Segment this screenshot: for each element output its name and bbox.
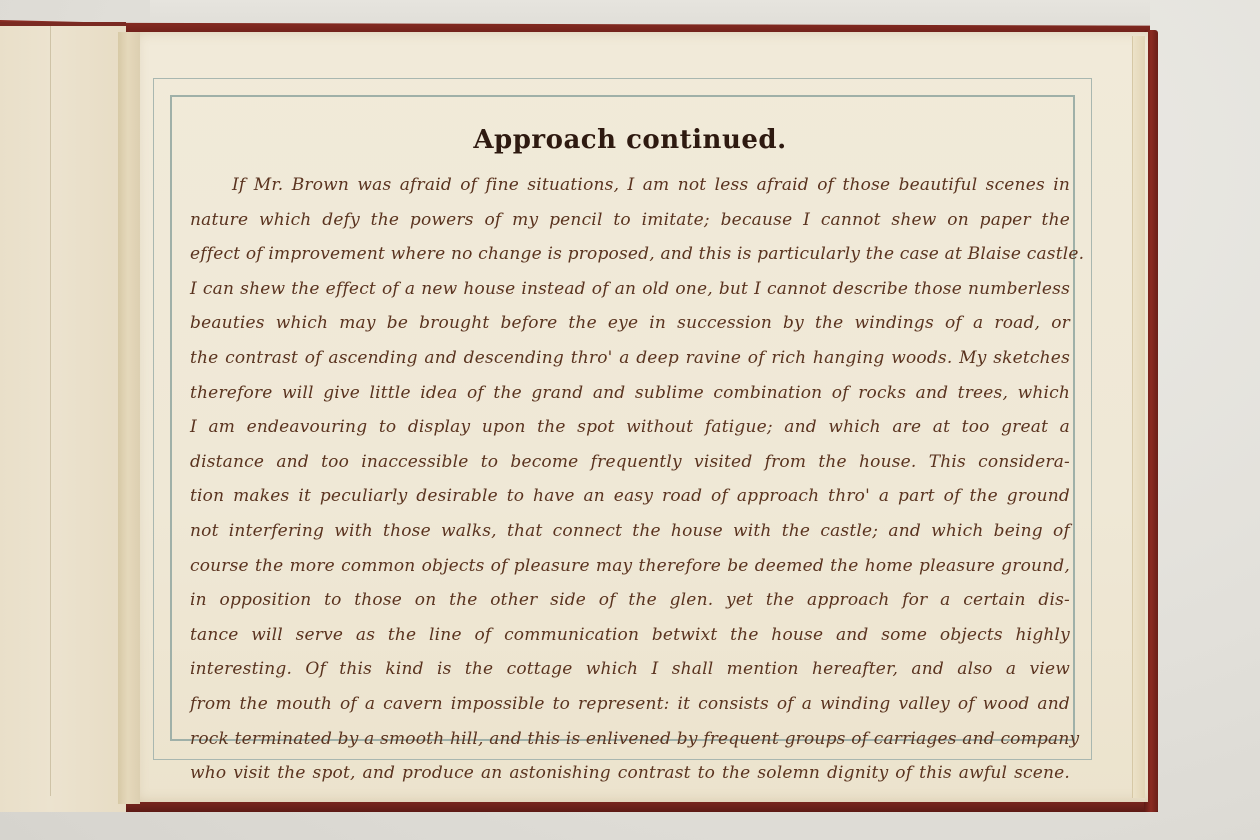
text-line: I can shew the effect of a new house ins… — [190, 272, 1070, 307]
text-line: from the mouth of a cavern impossible to… — [190, 687, 1070, 722]
text-line: course the more common objects of pleasu… — [190, 549, 1070, 584]
text-line: therefore will give little idea of the g… — [190, 376, 1070, 411]
text-line: I am endeavouring to display upon the sp… — [190, 410, 1070, 445]
text-line: distance and too inaccessible to become … — [190, 445, 1070, 480]
text-line: interesting. Of this kind is the cottage… — [190, 652, 1070, 687]
left-page-stack — [0, 22, 126, 812]
manuscript-text-block: Approach continued. If Mr. Brown was afr… — [190, 120, 1070, 791]
left-page-edge-line — [50, 26, 51, 796]
text-line: who visit the spot, and produce an aston… — [190, 756, 1070, 791]
text-line: If Mr. Brown was afraid of fine situatio… — [190, 168, 1070, 203]
book-gutter — [118, 32, 140, 804]
text-line: in opposition to those on the other side… — [190, 583, 1070, 618]
text-line: nature which defy the powers of my penci… — [190, 203, 1070, 238]
text-line: tion makes it peculiarly desirable to ha… — [190, 479, 1070, 514]
text-line: rock terminated by a smooth hill, and th… — [190, 722, 1070, 757]
text-line: effect of improvement where no change is… — [190, 237, 1070, 272]
page-heading: Approach continued. — [190, 120, 1070, 160]
text-line: tance will serve as the line of communic… — [190, 618, 1070, 653]
text-line: not interfering with those walks, that c… — [190, 514, 1070, 549]
page-fore-edge — [1132, 36, 1145, 798]
text-line: beauties which may be brought before the… — [190, 306, 1070, 341]
text-line: the contrast of ascending and descending… — [190, 341, 1070, 376]
